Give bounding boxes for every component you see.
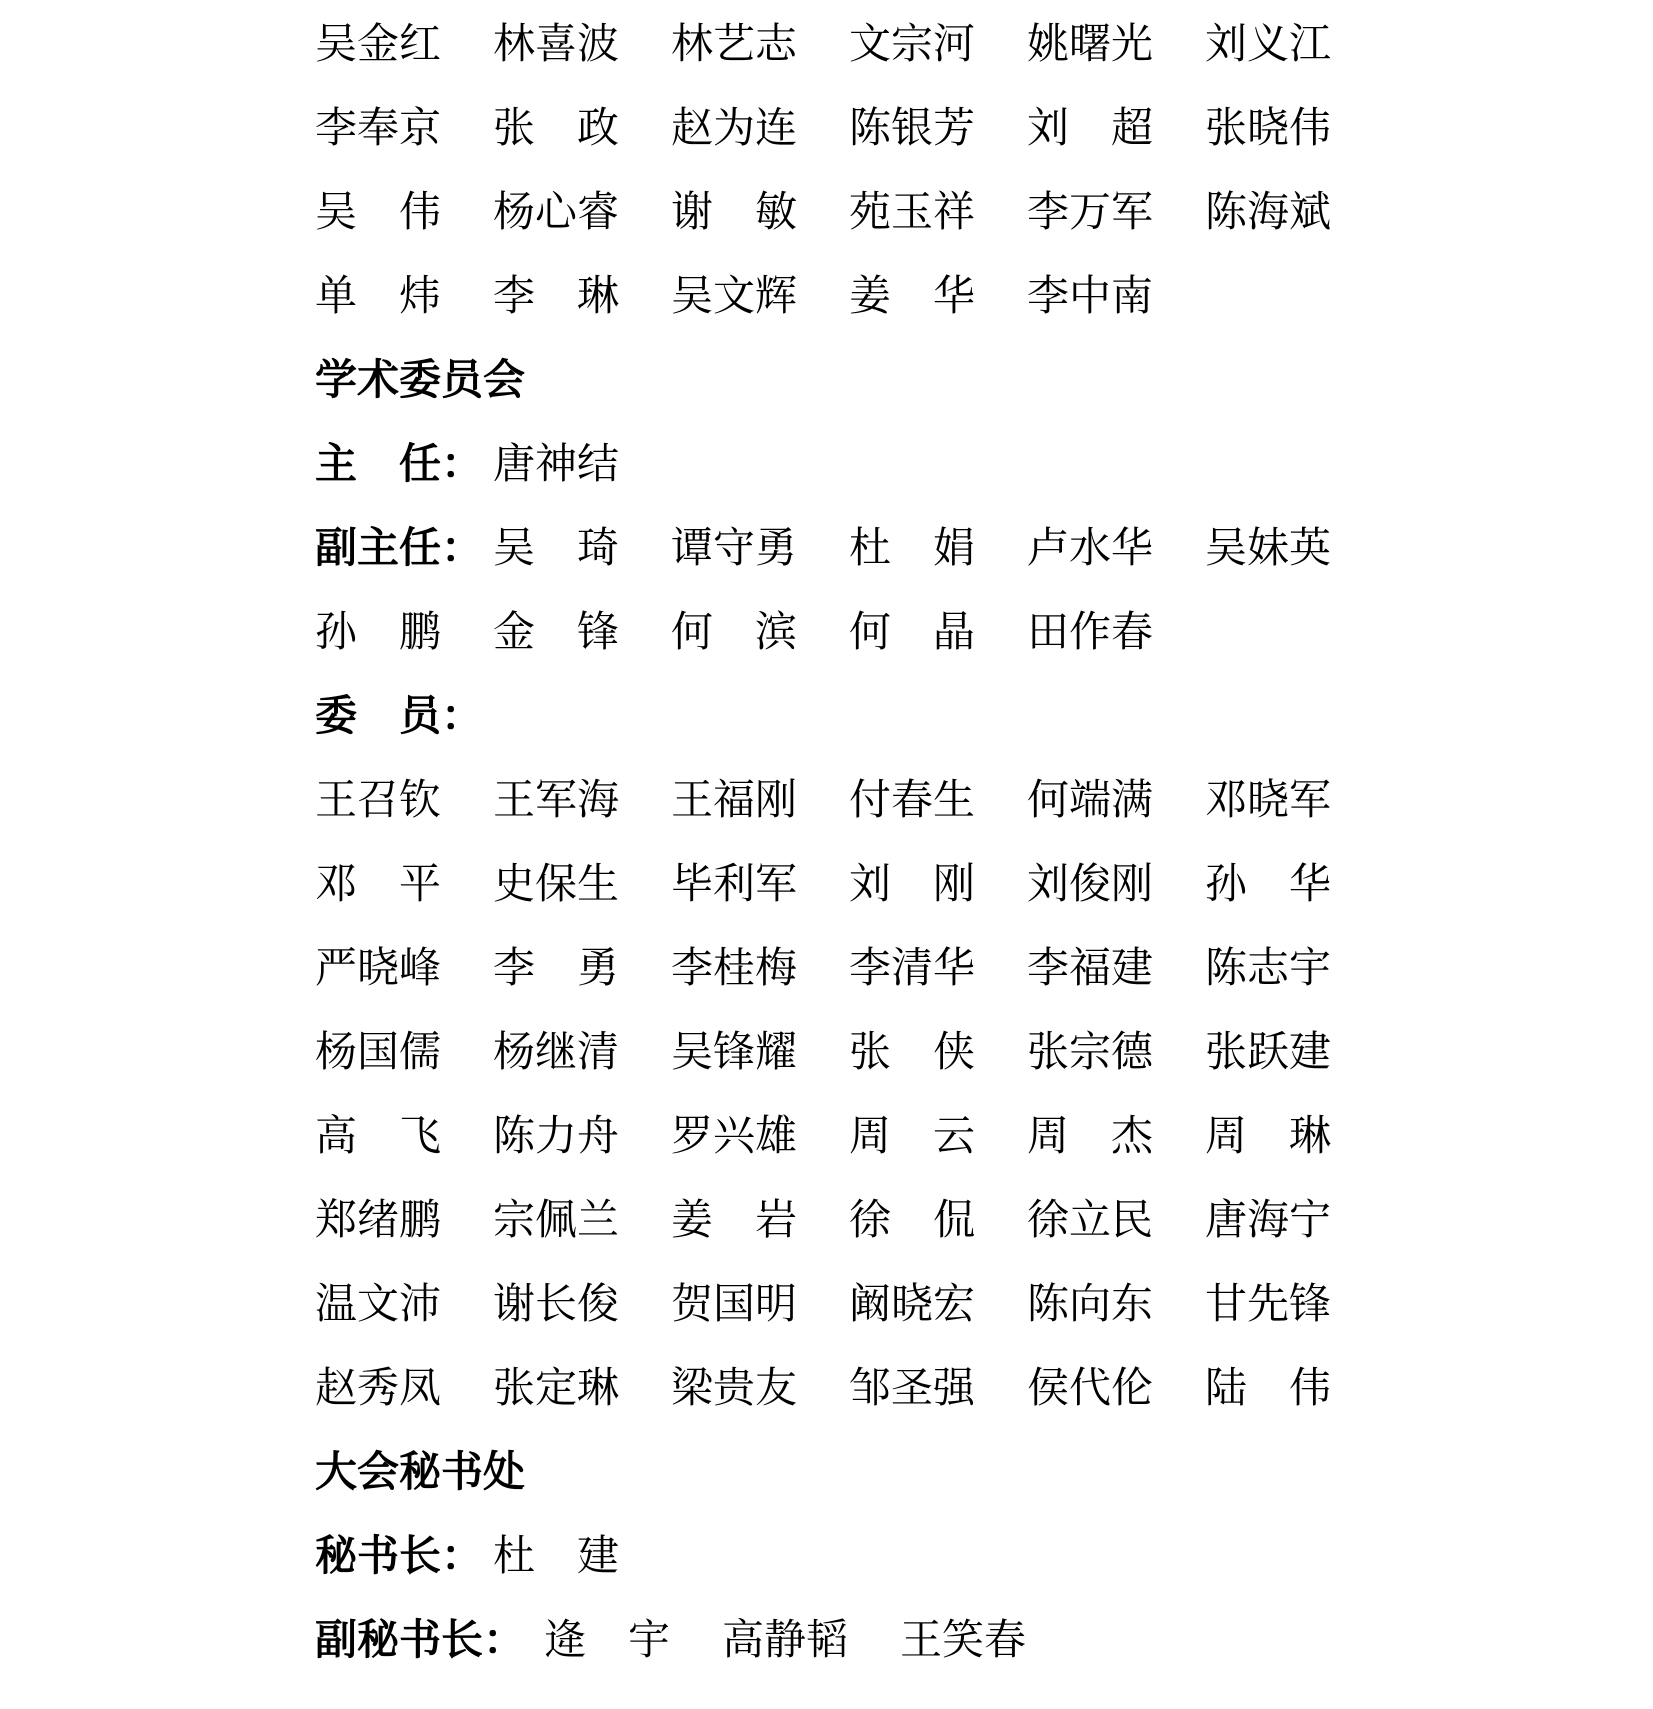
person-name: 姜 华 [849,254,975,338]
name-row: 严晓峰李 勇李桂梅李清华李福建陈志宇 [315,926,1653,1010]
person-name: 宗佩兰 [493,1178,619,1262]
label-row: 秘书长：杜 建 [315,1514,1653,1598]
person-name: 阚晓宏 [849,1262,975,1346]
name-row: 吴金红林喜波林艺志文宗河姚曙光刘义江 [315,2,1653,86]
person-name: 吴妹英 [1205,506,1331,590]
person-name: 张跃建 [1205,1010,1331,1094]
person-name: 张宗德 [1027,1010,1153,1094]
label-row: 副主任：吴 琦谭守勇杜 娟卢水华吴妹英 [315,506,1653,590]
person-name: 刘义江 [1205,2,1331,86]
person-name: 谢 敏 [671,170,797,254]
person-name: 王召钦 [315,758,441,842]
row-label: 副主任： [315,506,493,590]
person-name: 吴 琦 [493,506,619,590]
person-name: 周 杰 [1027,1094,1153,1178]
person-name: 唐海宁 [1205,1178,1331,1262]
person-name: 李中南 [1027,254,1153,338]
person-name: 陆 伟 [1205,1346,1331,1430]
person-name: 梁贵友 [671,1346,797,1430]
person-name: 谢长俊 [493,1262,619,1346]
person-name: 何端满 [1027,758,1153,842]
person-name: 逄 宇 [544,1598,670,1682]
person-name: 杜 建 [493,1514,619,1598]
person-name: 单 炜 [315,254,441,338]
person-name: 侯代伦 [1027,1346,1153,1430]
person-name: 李奉京 [315,86,441,170]
person-name: 徐 侃 [849,1178,975,1262]
name-row: 邓 平史保生毕利军刘 刚刘俊刚孙 华 [315,842,1653,926]
person-name: 陈向东 [1027,1262,1153,1346]
person-name: 杨继清 [493,1010,619,1094]
person-name: 邹圣强 [849,1346,975,1430]
row-label: 主 任： [315,422,493,506]
name-row: 单 炜李 琳吴文辉姜 华李中南 [315,254,1653,338]
person-name: 吴金红 [315,2,441,86]
person-name: 孙 鹏 [315,590,441,674]
label-row: 委 员： [315,674,1653,758]
person-name: 张定琳 [493,1346,619,1430]
person-name: 周 琳 [1205,1094,1331,1178]
person-name: 刘俊刚 [1027,842,1153,926]
person-name: 姚曙光 [1027,2,1153,86]
name-row: 孙 鹏金 锋何 滨何 晶田作春 [315,590,1653,674]
person-name: 吴文辉 [671,254,797,338]
person-name: 邓 平 [315,842,441,926]
person-name: 邓晓军 [1205,758,1331,842]
person-name: 郑绪鹏 [315,1178,441,1262]
person-name: 陈力舟 [493,1094,619,1178]
person-name: 何 晶 [849,590,975,674]
person-name: 孙 华 [1205,842,1331,926]
person-name: 田作春 [1027,590,1153,674]
row-label: 秘书长： [315,1514,493,1598]
person-name: 文宗河 [849,2,975,86]
person-name: 贺国明 [671,1262,797,1346]
person-name: 卢水华 [1027,506,1153,590]
name-row: 高 飞陈力舟罗兴雄周 云周 杰周 琳 [315,1094,1653,1178]
document-page: 吴金红林喜波林艺志文宗河姚曙光刘义江李奉京张 政赵为连陈银芳刘 超张晓伟吴 伟杨… [0,0,1653,1709]
person-name: 张 政 [493,86,619,170]
person-name: 罗兴雄 [671,1094,797,1178]
person-name: 严晓峰 [315,926,441,1010]
person-name: 杨心睿 [493,170,619,254]
person-name: 杜 娟 [849,506,975,590]
person-name: 陈海斌 [1205,170,1331,254]
name-row: 李奉京张 政赵为连陈银芳刘 超张晓伟 [315,86,1653,170]
person-name: 唐神结 [493,422,619,506]
person-name: 李桂梅 [671,926,797,1010]
row-label: 副秘书长： [315,1598,544,1682]
person-name: 张晓伟 [1205,86,1331,170]
name-row: 吴 伟杨心睿谢 敏苑玉祥李万军陈海斌 [315,170,1653,254]
person-name: 史保生 [493,842,619,926]
person-name: 毕利军 [671,842,797,926]
person-name: 刘 超 [1027,86,1153,170]
person-name: 林艺志 [671,2,797,86]
person-name: 李 勇 [493,926,619,1010]
document-body: 吴金红林喜波林艺志文宗河姚曙光刘义江李奉京张 政赵为连陈银芳刘 超张晓伟吴 伟杨… [315,2,1653,1682]
person-name: 甘先锋 [1205,1262,1331,1346]
person-name: 苑玉祥 [849,170,975,254]
person-name: 高 飞 [315,1094,441,1178]
row-label: 委 员： [315,674,493,758]
person-name: 金 锋 [493,590,619,674]
name-row: 郑绪鹏宗佩兰姜 岩徐 侃徐立民唐海宁 [315,1178,1653,1262]
name-row: 杨国儒杨继清吴锋耀张 侠张宗德张跃建 [315,1010,1653,1094]
person-name: 杨国儒 [315,1010,441,1094]
person-name: 周 云 [849,1094,975,1178]
person-name: 王军海 [493,758,619,842]
name-row: 赵秀凤张定琳梁贵友邹圣强侯代伦陆 伟 [315,1346,1653,1430]
person-name: 温文沛 [315,1262,441,1346]
person-name: 徐立民 [1027,1178,1153,1262]
person-name: 赵为连 [671,86,797,170]
person-name: 吴 伟 [315,170,441,254]
person-name: 吴锋耀 [671,1010,797,1094]
name-row: 温文沛谢长俊贺国明阚晓宏陈向东甘先锋 [315,1262,1653,1346]
person-name: 李清华 [849,926,975,1010]
section-heading: 大会秘书处 [315,1430,1653,1514]
name-row: 王召钦王军海王福刚付春生何端满邓晓军 [315,758,1653,842]
person-name: 付春生 [849,758,975,842]
person-name: 林喜波 [493,2,619,86]
person-name: 陈银芳 [849,86,975,170]
person-name: 姜 岩 [671,1178,797,1262]
person-name: 陈志宇 [1205,926,1331,1010]
person-name: 张 侠 [849,1010,975,1094]
person-name: 李万军 [1027,170,1153,254]
person-name: 王笑春 [900,1598,1026,1682]
person-name: 高静韬 [722,1598,848,1682]
person-name: 谭守勇 [671,506,797,590]
label-row: 副秘书长：逄 宇高静韬王笑春 [315,1598,1653,1682]
person-name: 赵秀凤 [315,1346,441,1430]
section-heading: 学术委员会 [315,338,1653,422]
label-row: 主 任：唐神结 [315,422,1653,506]
person-name: 李福建 [1027,926,1153,1010]
person-name: 李 琳 [493,254,619,338]
person-name: 刘 刚 [849,842,975,926]
person-name: 王福刚 [671,758,797,842]
person-name: 何 滨 [671,590,797,674]
